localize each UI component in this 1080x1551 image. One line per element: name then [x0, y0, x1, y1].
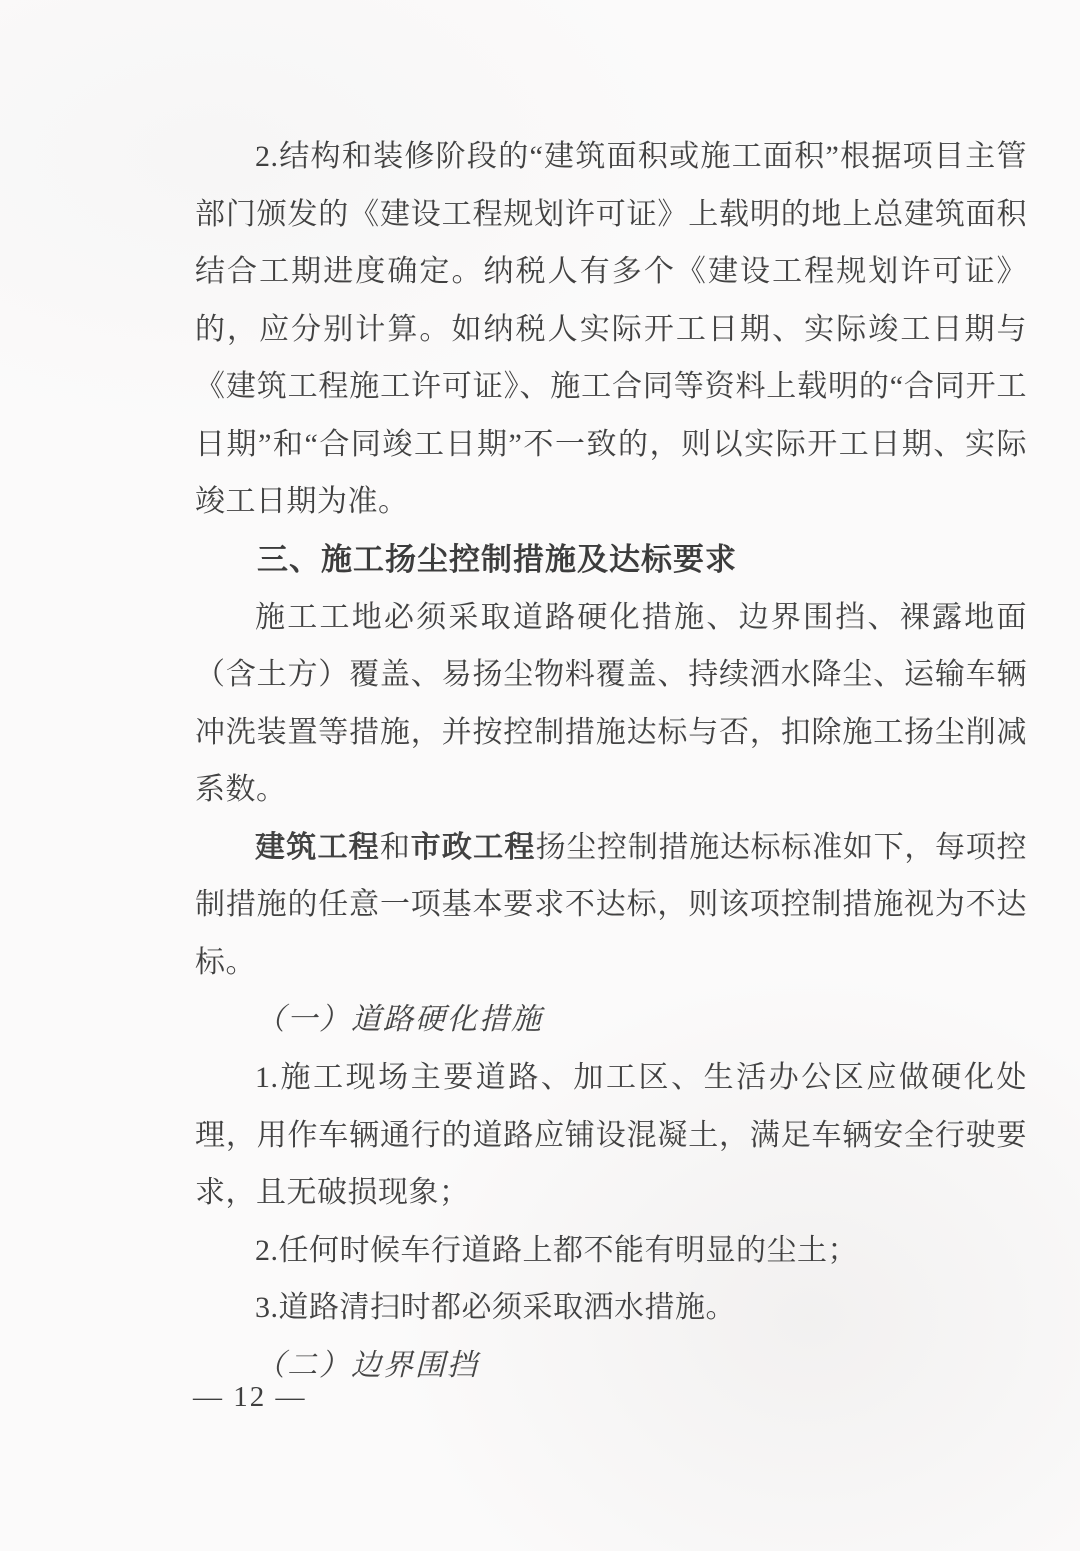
- bold-term-municipal-engineering: 市政工程: [411, 831, 536, 864]
- bold-term-construction-engineering: 建筑工程: [255, 831, 380, 864]
- paragraph-site-measures: 施工工地必须采取道路硬化措施、边界围挡、裸露地面（含土方）覆盖、易扬尘物料覆盖、…: [195, 589, 1027, 819]
- connector-text: 和: [380, 831, 411, 864]
- sub-heading-boundary-enclosure: （二）边界围挡: [195, 1337, 1027, 1395]
- paragraph-building-area-rule: 2.结构和装修阶段的“建筑面积或施工面积”根据项目主管部门颁发的《建设工程规划许…: [195, 128, 1027, 531]
- list-item-road-hardening-2: 2.任何时候车行道路上都不能有明显的尘土；: [195, 1222, 1027, 1280]
- section-heading-dust-control: 三、施工扬尘控制措施及达标要求: [195, 531, 1027, 589]
- page-number: — 12 —: [193, 1381, 307, 1414]
- document-content: 2.结构和装修阶段的“建筑面积或施工面积”根据项目主管部门颁发的《建设工程规划许…: [195, 128, 1027, 1395]
- list-item-road-hardening-1: 1.施工现场主要道路、加工区、生活办公区应做硬化处理，用作车辆通行的道路应铺设混…: [195, 1049, 1027, 1222]
- paragraph-standards-intro: 建筑工程和市政工程扬尘控制措施达标标准如下，每项控制措施的任意一项基本要求不达标…: [195, 819, 1027, 992]
- document-page: 2.结构和装修阶段的“建筑面积或施工面积”根据项目主管部门颁发的《建设工程规划许…: [0, 0, 1080, 1551]
- list-item-road-hardening-3: 3.道路清扫时都必须采取洒水措施。: [195, 1279, 1027, 1337]
- sub-heading-road-hardening: （一）道路硬化措施: [195, 991, 1027, 1049]
